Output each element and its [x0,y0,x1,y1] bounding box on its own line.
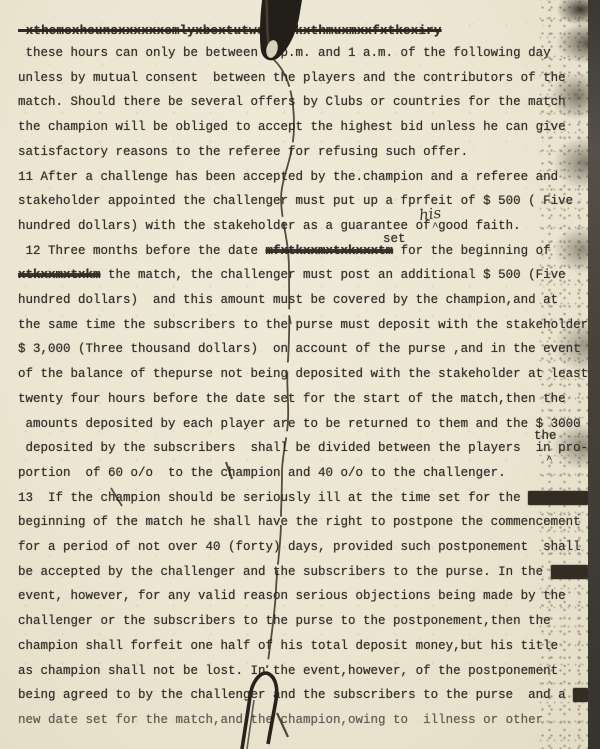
text-segment: being agreed to by the challenger and th… [18,688,573,702]
typewritten-line: amounts deposited by each player are to … [18,417,581,431]
typewritten-line: twenty four hours before the date set fo… [18,392,566,406]
text-segment: champion shall forfeit one half of his t… [18,639,558,653]
text-segment: match. Should there be several offers by… [18,95,566,109]
text-segment: 12 Three months before the date [18,244,266,258]
typewritten-line: the same time the subscribers to the pur… [18,318,588,332]
typewritten-line: $ 3,000 (Three thousand dollars) on acco… [18,342,581,356]
typewritten-line: hundred dollars) and this amount must be… [18,293,558,307]
typewritten-line: of the balance of thepurse not being dep… [18,367,588,381]
typewritten-line: as champion shall not be lost. In the ev… [18,664,558,678]
pin-point [242,673,288,749]
caret-mark: ^ [432,222,439,234]
struck-out-text: xthemexhounsxxxxxxemlyxbextutwemextkxthm… [18,24,442,38]
struck-out-text: xxxxx [551,565,589,579]
text-segment: for a period of not over 40 (forty) days… [18,540,581,554]
scanned-typewritten-page: xthemexhounsxxxxxxemlyxbextutwemextkxthm… [0,0,600,749]
text-segment: 13 If the champion should be seriously i… [18,491,528,505]
text-segment: be accepted by the challenger and the su… [18,565,551,579]
text-segment: the same time the subscribers to the pur… [18,318,588,332]
typewritten-line: event, however, for any valid reason ser… [18,589,566,603]
typewritten-line: 12 Three months before the date mfxtkxxm… [18,244,551,258]
typewritten-line: be accepted by the challenger and the su… [18,565,588,579]
typewritten-line: for a period of not over 40 (forty) days… [18,540,581,554]
text-segment: the champion will be obliged to accept t… [18,120,566,134]
text-segment: the match, the challenger must post an a… [101,268,566,282]
typewritten-line: challenger or the subscribers to the pur… [18,614,551,628]
typewritten-line: portion of 60 o/o to the champion and 40… [18,466,506,480]
typewritten-line: new date set for the match,and the champ… [18,713,543,727]
typewritten-line: beginning of the match he shall have the… [18,515,581,529]
typewritten-line: 13 If the champion should be seriously i… [18,491,588,505]
text-segment: hundred dollars) and this amount must be… [18,293,558,307]
text-segment: new date set for the match,and the champ… [18,713,543,727]
typewritten-line: unless by mutual consent between the pla… [18,71,566,85]
typewritten-line: 11 After a challenge has been accepted b… [18,170,558,184]
text-segment: event, however, for any valid reason ser… [18,589,566,603]
typewritten-line: satisfactory reasons to the referee for … [18,145,468,159]
text-segment: 11 After a challenge has been accepted b… [18,170,558,184]
text-segment: beginning of the match he shall have the… [18,515,581,529]
text-segment: amounts deposited by each player are to … [18,417,581,431]
typewritten-line: these hours can only be between 2 p.m. a… [18,46,551,60]
typewritten-line: champion shall forfeit one half of his t… [18,639,558,653]
typewritten-line: match. Should there be several offers by… [18,95,566,109]
text-segment: of the balance of thepurse not being dep… [18,367,588,381]
struck-out-text: bxgixnix [528,491,588,505]
struck-out-text: xx [573,688,588,702]
text-segment: satisfactory reasons to the referee for … [18,145,468,159]
text-segment: as champion shall not be lost. In the ev… [18,664,558,678]
text-segment: for the beginning of [393,244,551,258]
text-segment: portion of 60 o/o to the champion and 40… [18,466,506,480]
struck-out-text: xtkxxmxtxkm [18,268,101,282]
typed-insertion: set [383,232,406,246]
typewritten-line: xthemexhounsxxxxxxemlyxbextutwemextkxthm… [18,24,442,38]
typewritten-line: the champion will be obliged to accept t… [18,120,566,134]
struck-out-text: mfxtkxxmxtxkxxxtm [266,244,394,258]
text-segment: $ 3,000 (Three thousand dollars) on acco… [18,342,581,356]
text-segment: these hours can only be between 2 p.m. a… [18,46,551,60]
text-segment: stakeholder appointed the challenger mus… [18,194,573,208]
typewritten-line: stakeholder appointed the challenger mus… [18,194,573,208]
typewritten-line: hundred dollars) with the stakeholder as… [18,219,521,233]
scan-edge-band [588,0,600,749]
typewritten-line: xtkxxmxtxkm the match, the challenger mu… [18,268,566,282]
text-segment: hundred dollars) with the stakeholder as… [18,219,521,233]
text-segment: challenger or the subscribers to the pur… [18,614,551,628]
text-segment: twenty four hours before the date set fo… [18,392,566,406]
typed-insertion: the [534,429,557,443]
caret-mark: ^ [546,455,553,467]
text-segment: deposited by the subscribers shall be di… [18,441,588,455]
typewritten-line: deposited by the subscribers shall be di… [18,441,588,455]
text-segment: unless by mutual consent between the pla… [18,71,566,85]
typewritten-line: being agreed to by the challenger and th… [18,688,588,702]
